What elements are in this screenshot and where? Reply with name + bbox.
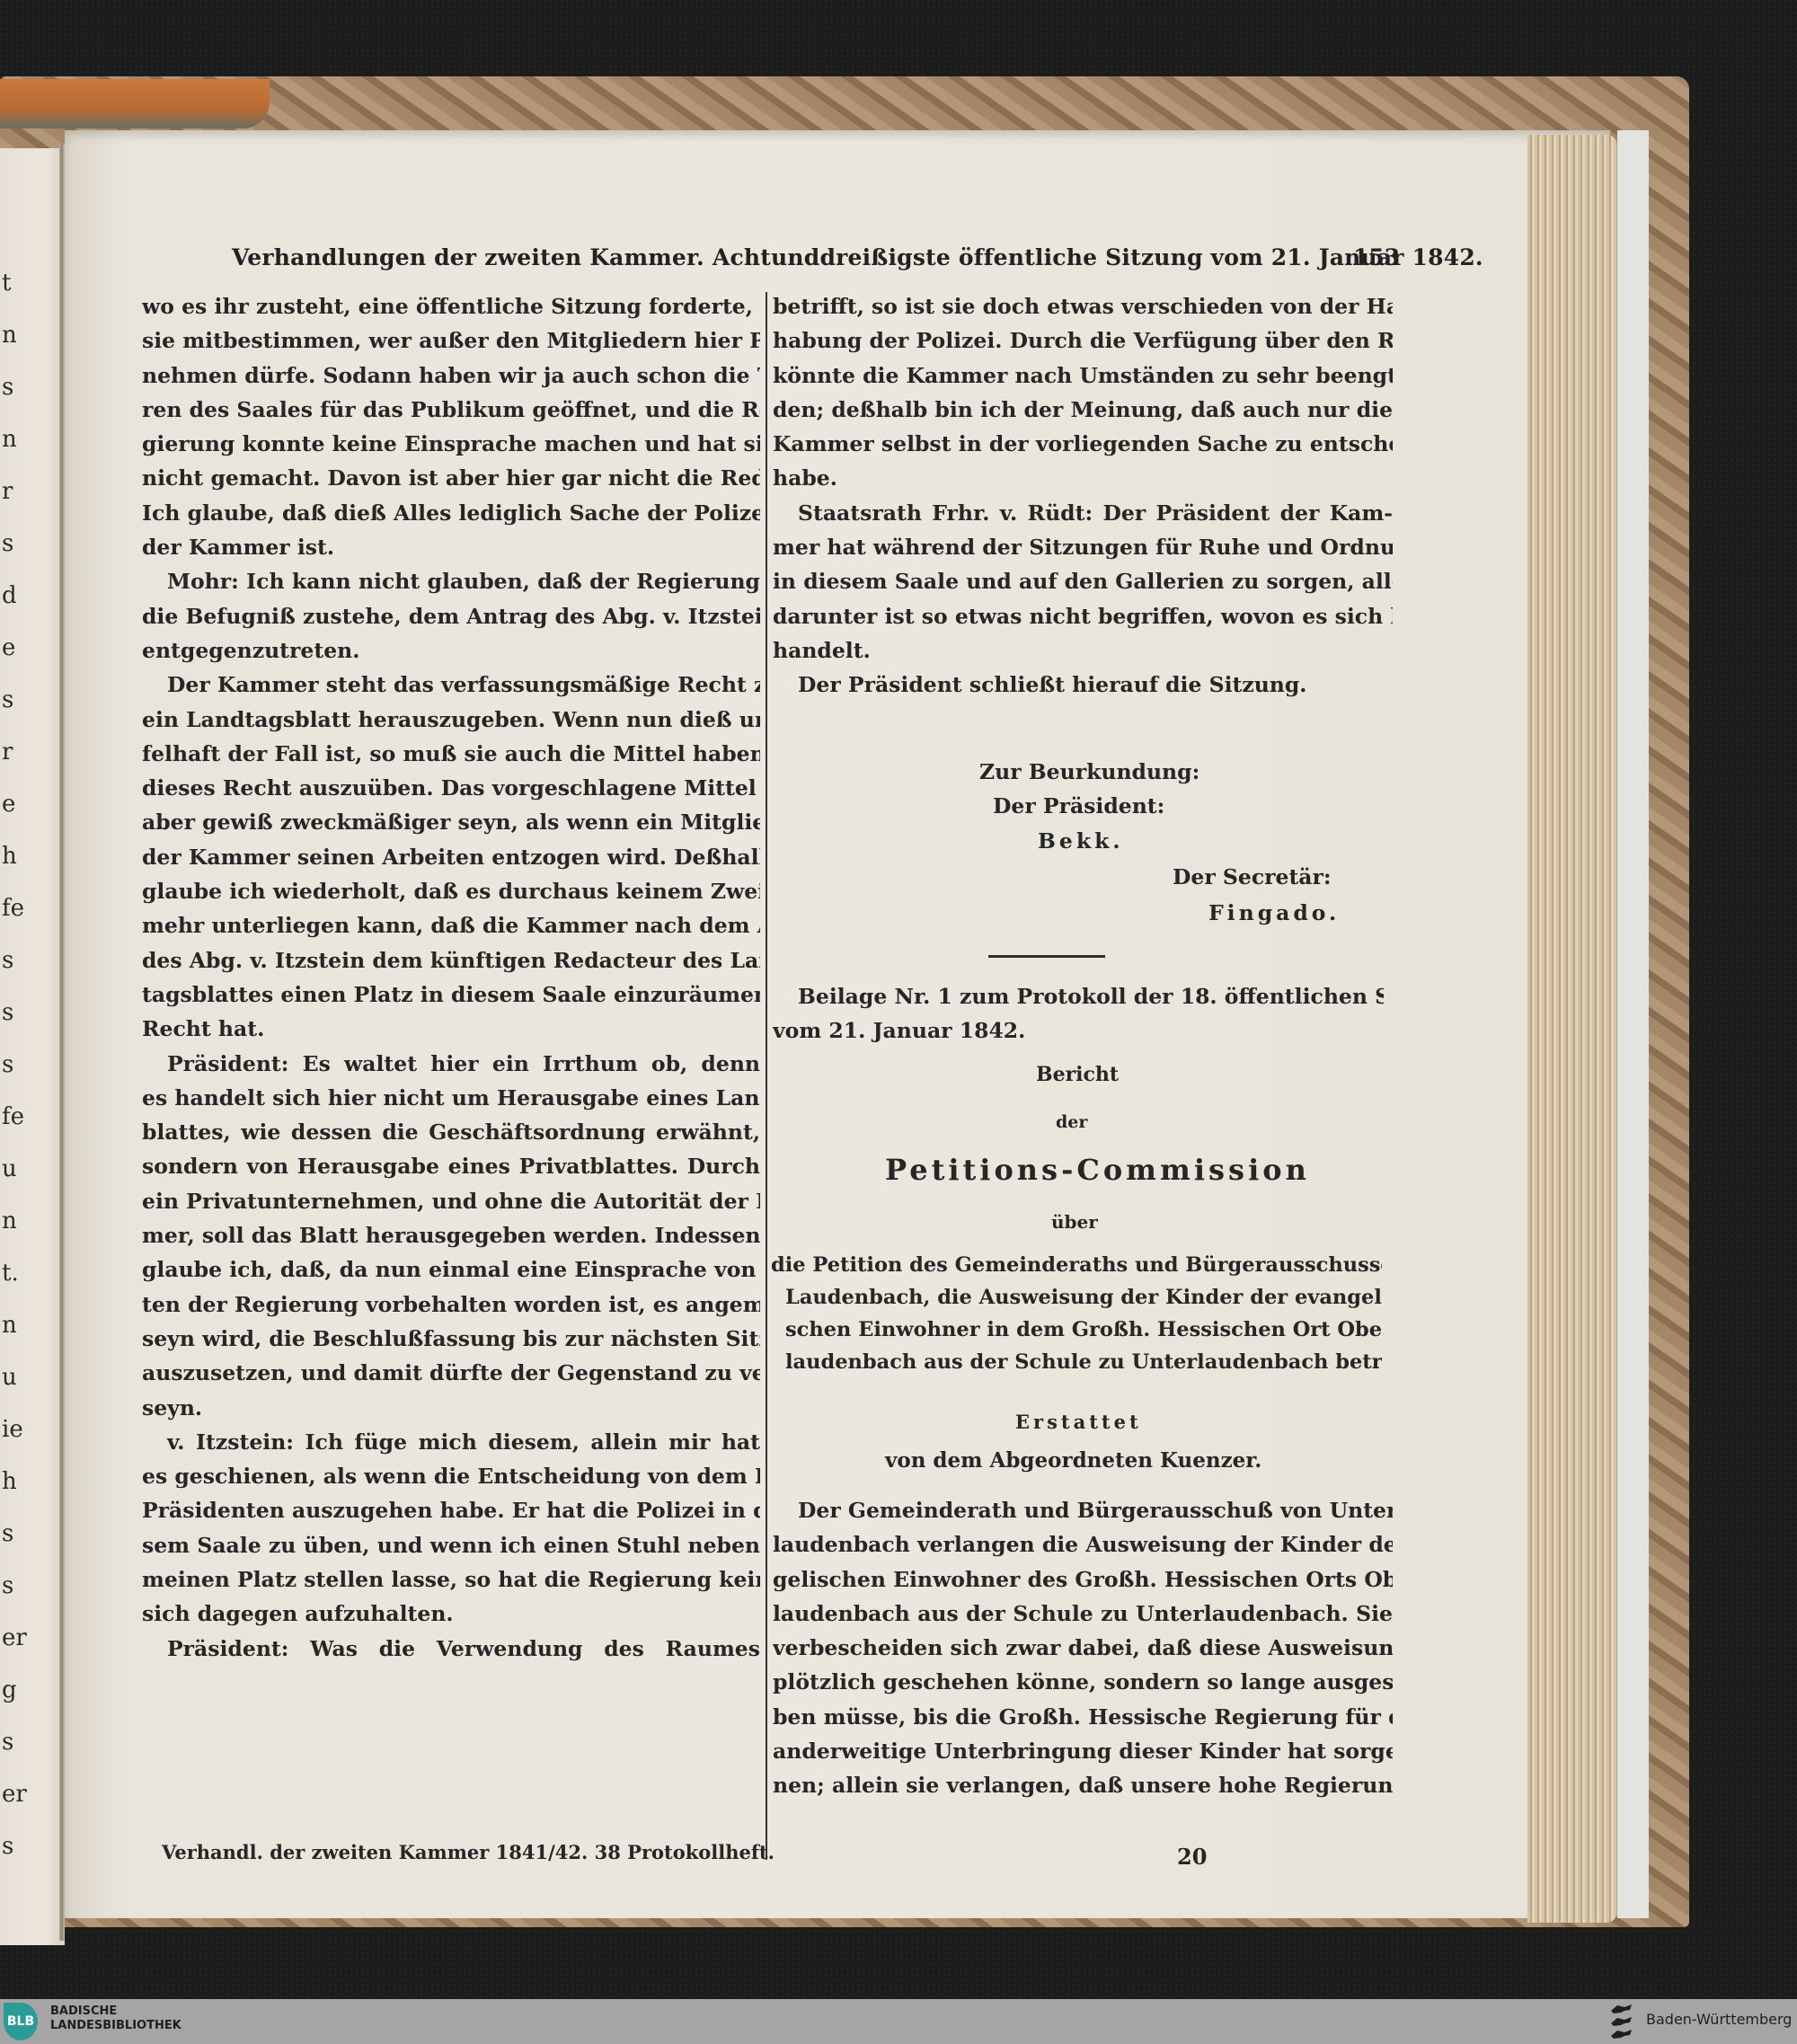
left-column-line: sem Saale zu üben, und wenn ich einen St…	[142, 1528, 760, 1562]
endpaper	[1617, 130, 1649, 1918]
secretary-label: Der Secretär:	[1173, 864, 1332, 889]
baden-wuerttemberg-lions-icon[interactable]	[1608, 2002, 1635, 2041]
running-title: Verhandlungen der zweiten Kammer. Achtun…	[232, 244, 1483, 270]
book-gutter	[59, 144, 65, 1941]
blb-logo-text: BLB	[7, 2014, 34, 2029]
library-name-line-1: BADISCHE	[50, 2004, 181, 2019]
supplement-heading: Beilage Nr. 1 zum Protokoll der 18. öffe…	[773, 979, 1384, 1049]
left-page-margin-char: er	[2, 1781, 27, 1808]
left-page-margin-char: u	[2, 1364, 17, 1391]
left-column-line: es handelt sich hier nicht um Herausgabe…	[142, 1081, 760, 1115]
left-page-margin-char: s	[2, 530, 13, 557]
report-title: Bericht	[1036, 1063, 1119, 1086]
right-column-line: darunter ist so etwas nicht begriffen, w…	[773, 599, 1393, 633]
left-page-margin-char: n	[2, 1312, 17, 1339]
page-number: 153	[1353, 244, 1400, 270]
secretary-signature: Fingado.	[1208, 900, 1340, 925]
left-column-line: des Abg. v. Itzstein dem künftigen Redac…	[142, 943, 760, 978]
left-column-line: v. Itzstein: Ich füge mich diesem, allei…	[142, 1425, 760, 1459]
report-body-line: ben müsse, bis die Großh. Hessische Regi…	[773, 1700, 1393, 1734]
left-page-margin-char: n	[2, 322, 17, 349]
left-page-margin-char: s	[2, 1833, 13, 1860]
left-column-line: mehr unterliegen kann, daß die Kammer na…	[142, 908, 760, 942]
report-der: der	[1056, 1112, 1087, 1132]
right-column-line: Staatsrath Frhr. v. Rüdt: Der Präsident …	[773, 496, 1393, 530]
right-column: betrifft, so ist sie doch etwas verschie…	[773, 289, 1393, 703]
president-label: Der Präsident:	[993, 793, 1164, 818]
erstattet-label: Erstattet	[1015, 1411, 1142, 1433]
right-column-line: habung der Polizei. Durch die Verfügung …	[773, 323, 1393, 358]
left-column-line: felhaft der Fall ist, so muß sie auch di…	[142, 737, 760, 771]
left-column-line: Präsident: Es waltet hier ein Irrthum ob…	[142, 1047, 760, 1081]
left-column-line: mer, soll das Blatt herausgegeben werden…	[142, 1218, 760, 1252]
left-page-margin-char: s	[2, 947, 13, 974]
right-column-line: Der Präsident schließt hierauf die Sitzu…	[773, 668, 1393, 702]
report-body-line: gelischen Einwohner des Großh. Hessische…	[773, 1562, 1393, 1597]
left-page-margin-char: n	[2, 1208, 17, 1234]
right-column-line: habe.	[773, 461, 1393, 495]
right-column-line: in diesem Saale und auf den Gallerien zu…	[773, 564, 1393, 598]
right-column-line: Kammer selbst in der vorliegenden Sache …	[773, 427, 1393, 461]
left-column-line: der Kammer ist.	[142, 530, 760, 564]
state-name[interactable]: Baden-Württemberg	[1646, 2011, 1792, 2028]
left-page-margin-char: s	[2, 1520, 13, 1547]
right-column-line: mer hat während der Sitzungen für Ruhe u…	[773, 530, 1393, 564]
left-column-line: auszusetzen, und damit dürfte der Gegens…	[142, 1356, 760, 1390]
left-column-line: Präsidenten auszugehen habe. Er hat die …	[142, 1493, 760, 1527]
report-body-line: verbescheiden sich zwar dabei, daß diese…	[773, 1631, 1393, 1665]
report-body-line: laudenbach verlangen die Ausweisung der …	[773, 1527, 1393, 1562]
right-column-line: betrifft, so ist sie doch etwas verschie…	[773, 289, 1393, 323]
left-column-line: seyn wird, die Beschlußfassung bis zur n…	[142, 1322, 760, 1356]
library-name-line-2: LANDESBIBLIOTHEK	[50, 2019, 181, 2033]
left-column-line: Ich glaube, daß dieß Alles lediglich Sac…	[142, 496, 760, 530]
left-page-margin-char: s	[2, 1572, 13, 1599]
left-column-line: entgegenzutreten.	[142, 633, 760, 668]
left-page-margin-char: r	[2, 739, 13, 765]
section-rule	[988, 955, 1105, 958]
left-column-line: tagsblattes einen Platz in diesem Saale …	[142, 978, 760, 1012]
left-column-line: der Kammer seinen Arbeiten entzogen wird…	[142, 840, 760, 874]
right-column-debate-text: betrifft, so ist sie doch etwas verschie…	[773, 289, 1393, 703]
left-column-line: Mohr: Ich kann nicht glauben, daß der Re…	[142, 564, 760, 598]
column-divider	[766, 292, 767, 1860]
left-column-line: Der Kammer steht das verfassungsmäßige R…	[142, 668, 760, 702]
left-page-margin-char: u	[2, 1155, 17, 1182]
book-spine-headband	[0, 79, 270, 128]
report-body-line: anderweitige Unterbringung dieser Kinder…	[773, 1734, 1393, 1768]
attestation-label: Zur Beurkundung:	[979, 759, 1199, 784]
left-column-line: meinen Platz stellen lasse, so hat die R…	[142, 1562, 760, 1597]
petition-subject-line: Laudenbach, die Ausweisung der Kinder de…	[771, 1281, 1382, 1314]
left-column-line: nicht gemacht. Davon ist aber hier gar n…	[142, 461, 760, 495]
report-body: Der Gemeinderath und Bürgerausschuß von …	[773, 1493, 1393, 1803]
left-column-line: es geschienen, als wenn die Entscheidung…	[142, 1459, 760, 1493]
left-page-margin-char: s	[2, 374, 13, 401]
left-page-margin-char: fe	[2, 1103, 24, 1130]
library-name[interactable]: BADISCHE LANDESBIBLIOTHEK	[50, 2004, 181, 2033]
report-body-line: laudenbach aus der Schule zu Unterlauden…	[773, 1597, 1393, 1631]
report-body-line: nen; allein sie verlangen, daß unsere ho…	[773, 1768, 1393, 1802]
supplement-heading-line-1: Beilage Nr. 1 zum Protokoll der 18. öffe…	[773, 979, 1384, 1013]
left-page-margin-char: s	[2, 1729, 13, 1756]
viewer-footer-bar	[0, 1999, 1797, 2044]
left-column-line: gierung konnte keine Einsprache machen u…	[142, 427, 760, 461]
left-column-line: sie mitbestimmen, wer außer den Mitglied…	[142, 323, 760, 358]
left-column-line: wo es ihr zusteht, eine öffentliche Sitz…	[142, 289, 760, 323]
running-header: Verhandlungen der zweiten Kammer. Achtun…	[232, 244, 1400, 280]
left-column-line: die Befugniß zustehe, dem Antrag des Abg…	[142, 599, 760, 633]
report-ueber: über	[1051, 1211, 1098, 1233]
left-page-margin-char: h	[2, 843, 17, 870]
left-column-line: glaube ich wiederholt, daß es durchaus k…	[142, 874, 760, 908]
petition-subject-line: laudenbach aus der Schule zu Unterlauden…	[771, 1346, 1382, 1378]
left-page-fragment	[0, 148, 65, 1945]
right-column-line: handelt.	[773, 633, 1393, 668]
right-column-line: den; deßhalb bin ich der Meinung, daß au…	[773, 393, 1393, 427]
left-column-line: dieses Recht auszuüben. Das vorgeschlage…	[142, 771, 760, 805]
petition-subject: die Petition des Gemeinderaths und Bürge…	[771, 1249, 1382, 1378]
left-page-margin-char: n	[2, 426, 17, 453]
left-column-line: blattes, wie dessen die Geschäftsordnung…	[142, 1115, 760, 1149]
blb-logo[interactable]: BLB	[4, 2003, 38, 2040]
signature-mark: Verhandl. der zweiten Kammer 1841/42. 38…	[162, 1841, 775, 1863]
left-column-line: ten der Regierung vorbehalten worden ist…	[142, 1287, 760, 1322]
left-page-margin-char: e	[2, 791, 15, 818]
page-block-edge	[1527, 135, 1617, 1923]
left-page-margin-char: e	[2, 634, 15, 661]
report-body-line: plötzlich geschehen könne, sondern so la…	[773, 1665, 1393, 1699]
left-column-line: aber gewiß zweckmäßiger seyn, als wenn e…	[142, 805, 760, 839]
left-page-margin-char: ie	[2, 1416, 23, 1443]
left-column-line: nehmen dürfe. Sodann haben wir ja auch s…	[142, 358, 760, 393]
left-page-margin-char: h	[2, 1468, 17, 1495]
left-column-line: ein Landtagsblatt herauszugeben. Wenn nu…	[142, 703, 760, 737]
left-page-margin-char: g	[2, 1677, 17, 1703]
left-column-line: Präsident: Was die Verwendung des Raumes	[142, 1632, 760, 1666]
left-column-line: Recht hat.	[142, 1012, 760, 1046]
left-page-margin-char: fe	[2, 895, 24, 922]
left-column-line: sondern von Herausgabe eines Privatblatt…	[142, 1149, 760, 1183]
left-page-margin-char: s	[2, 686, 13, 713]
left-page-margin-char: r	[2, 478, 13, 505]
commission-title: Petitions-Commission	[885, 1153, 1310, 1187]
petition-subject-line: die Petition des Gemeinderaths und Bürge…	[771, 1249, 1382, 1281]
rapporteur-line: von dem Abgeordneten Kuenzer.	[885, 1448, 1261, 1473]
left-column: wo es ihr zusteht, eine öffentliche Sitz…	[142, 289, 760, 1666]
president-signature: Bekk.	[1038, 828, 1124, 854]
right-column-line: könnte die Kammer nach Umständen zu sehr…	[773, 358, 1393, 393]
left-page-margin-char: s	[2, 999, 13, 1026]
left-page-margin-char: t	[2, 270, 11, 296]
sheet-number: 20	[1177, 1844, 1207, 1870]
left-page-margin-char: er	[2, 1624, 27, 1651]
petition-subject-line: schen Einwohner in dem Großh. Hessischen…	[771, 1314, 1382, 1346]
left-page-margin-char: d	[2, 582, 17, 609]
report-body-line: Der Gemeinderath und Bürgerausschuß von …	[773, 1493, 1393, 1527]
left-column-line: seyn.	[142, 1391, 760, 1425]
left-page-margin-char: t.	[2, 1260, 19, 1287]
left-page-margin-char: s	[2, 1051, 13, 1078]
left-column-line: ren des Saales für das Publikum geöffnet…	[142, 393, 760, 427]
left-column-line: sich dagegen aufzuhalten.	[142, 1597, 760, 1631]
supplement-heading-line-2: vom 21. Januar 1842.	[773, 1013, 1384, 1048]
left-column-line: ein Privatunternehmen, und ohne die Auto…	[142, 1184, 760, 1218]
left-column-line: glaube ich, daß, da nun einmal eine Eins…	[142, 1252, 760, 1287]
